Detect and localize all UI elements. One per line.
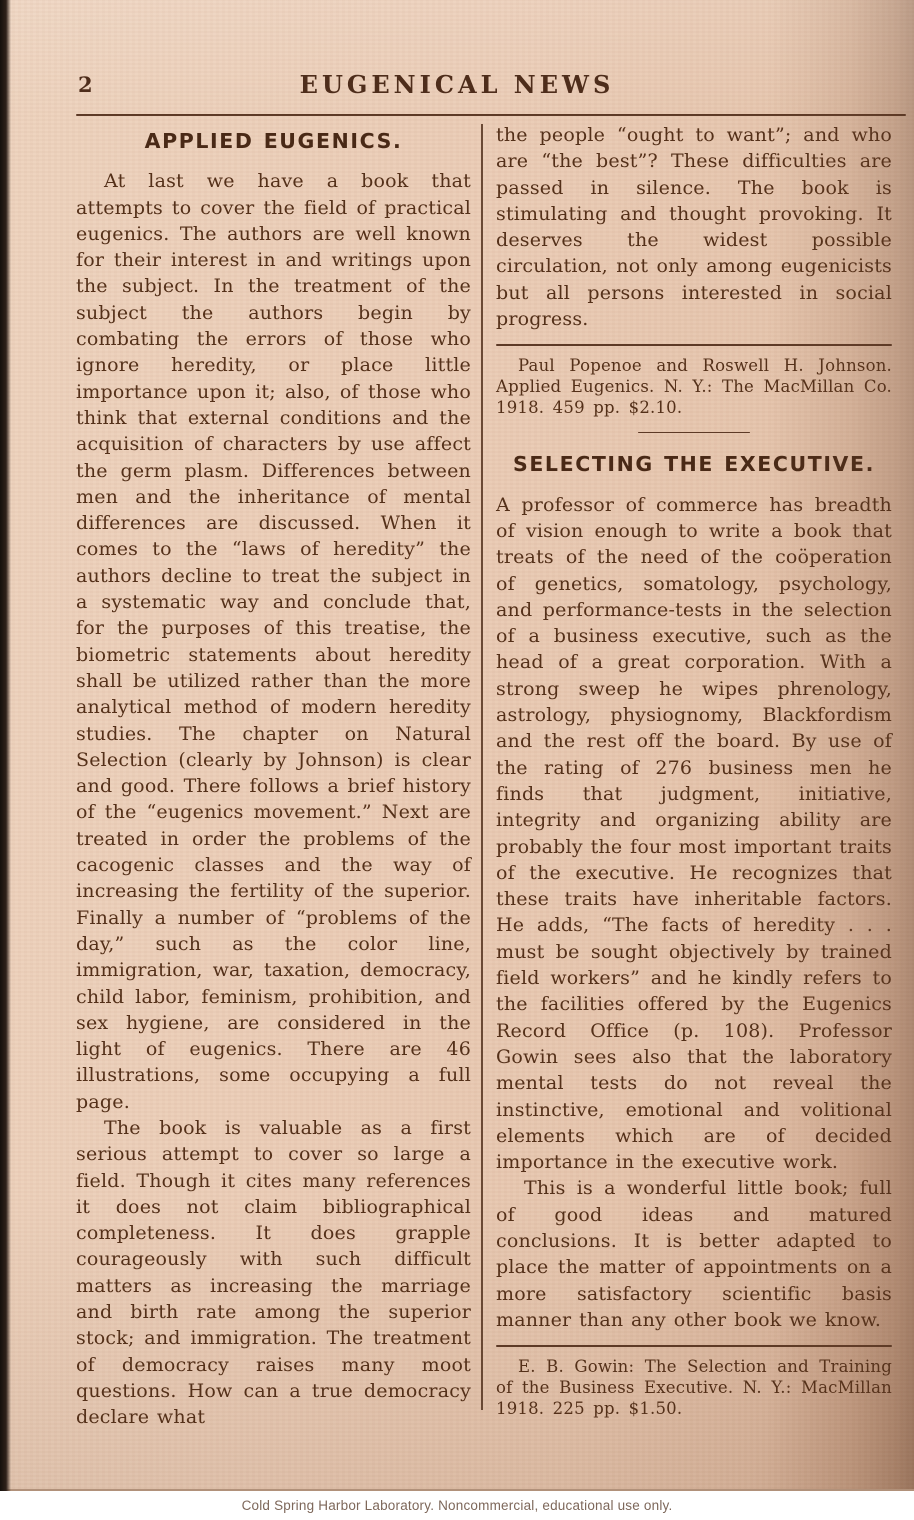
section-end-rule	[638, 432, 750, 434]
right-column: the people “ought to want”; and who are …	[496, 122, 892, 1419]
scanned-page: 2 EUGENICAL NEWS APPLIED EUGENICS. At la…	[0, 0, 914, 1491]
citation-separator-rule	[496, 344, 892, 346]
selecting-executive-paragraph-2: This is a wonderful little book; full of…	[496, 1175, 892, 1333]
applied-eugenics-continuation: the people “ought to want”; and who are …	[496, 122, 892, 332]
selecting-executive-paragraph-1: A professor of commerce has breadth of v…	[496, 492, 892, 1176]
article-heading-applied-eugenics: APPLIED EUGENICS.	[76, 128, 471, 154]
header-rule	[76, 114, 906, 116]
citation-popenoe-johnson: Paul Popenoe and Roswell H. Johnson. App…	[496, 355, 892, 418]
citation-separator-rule-2	[496, 1345, 892, 1347]
footer-attribution: Cold Spring Harbor Laboratory. Noncommer…	[0, 1498, 914, 1513]
citation-gowin: E. B. Gowin: The Selection and Training …	[496, 1356, 892, 1419]
journal-title: EUGENICAL NEWS	[60, 70, 854, 99]
footer-strip: Cold Spring Harbor Laboratory. Noncommer…	[0, 1491, 914, 1520]
applied-eugenics-paragraph-2: The book is valuable as a first serious …	[76, 1115, 471, 1431]
column-divider-rule	[481, 124, 483, 1410]
book-spine-edge	[0, 0, 11, 1491]
applied-eugenics-paragraph-1: At last we have a book that attempts to …	[76, 168, 471, 1115]
article-heading-selecting-executive: SELECTING THE EXECUTIVE.	[496, 451, 892, 477]
left-column: APPLIED EUGENICS. At last we have a book…	[76, 122, 471, 1431]
